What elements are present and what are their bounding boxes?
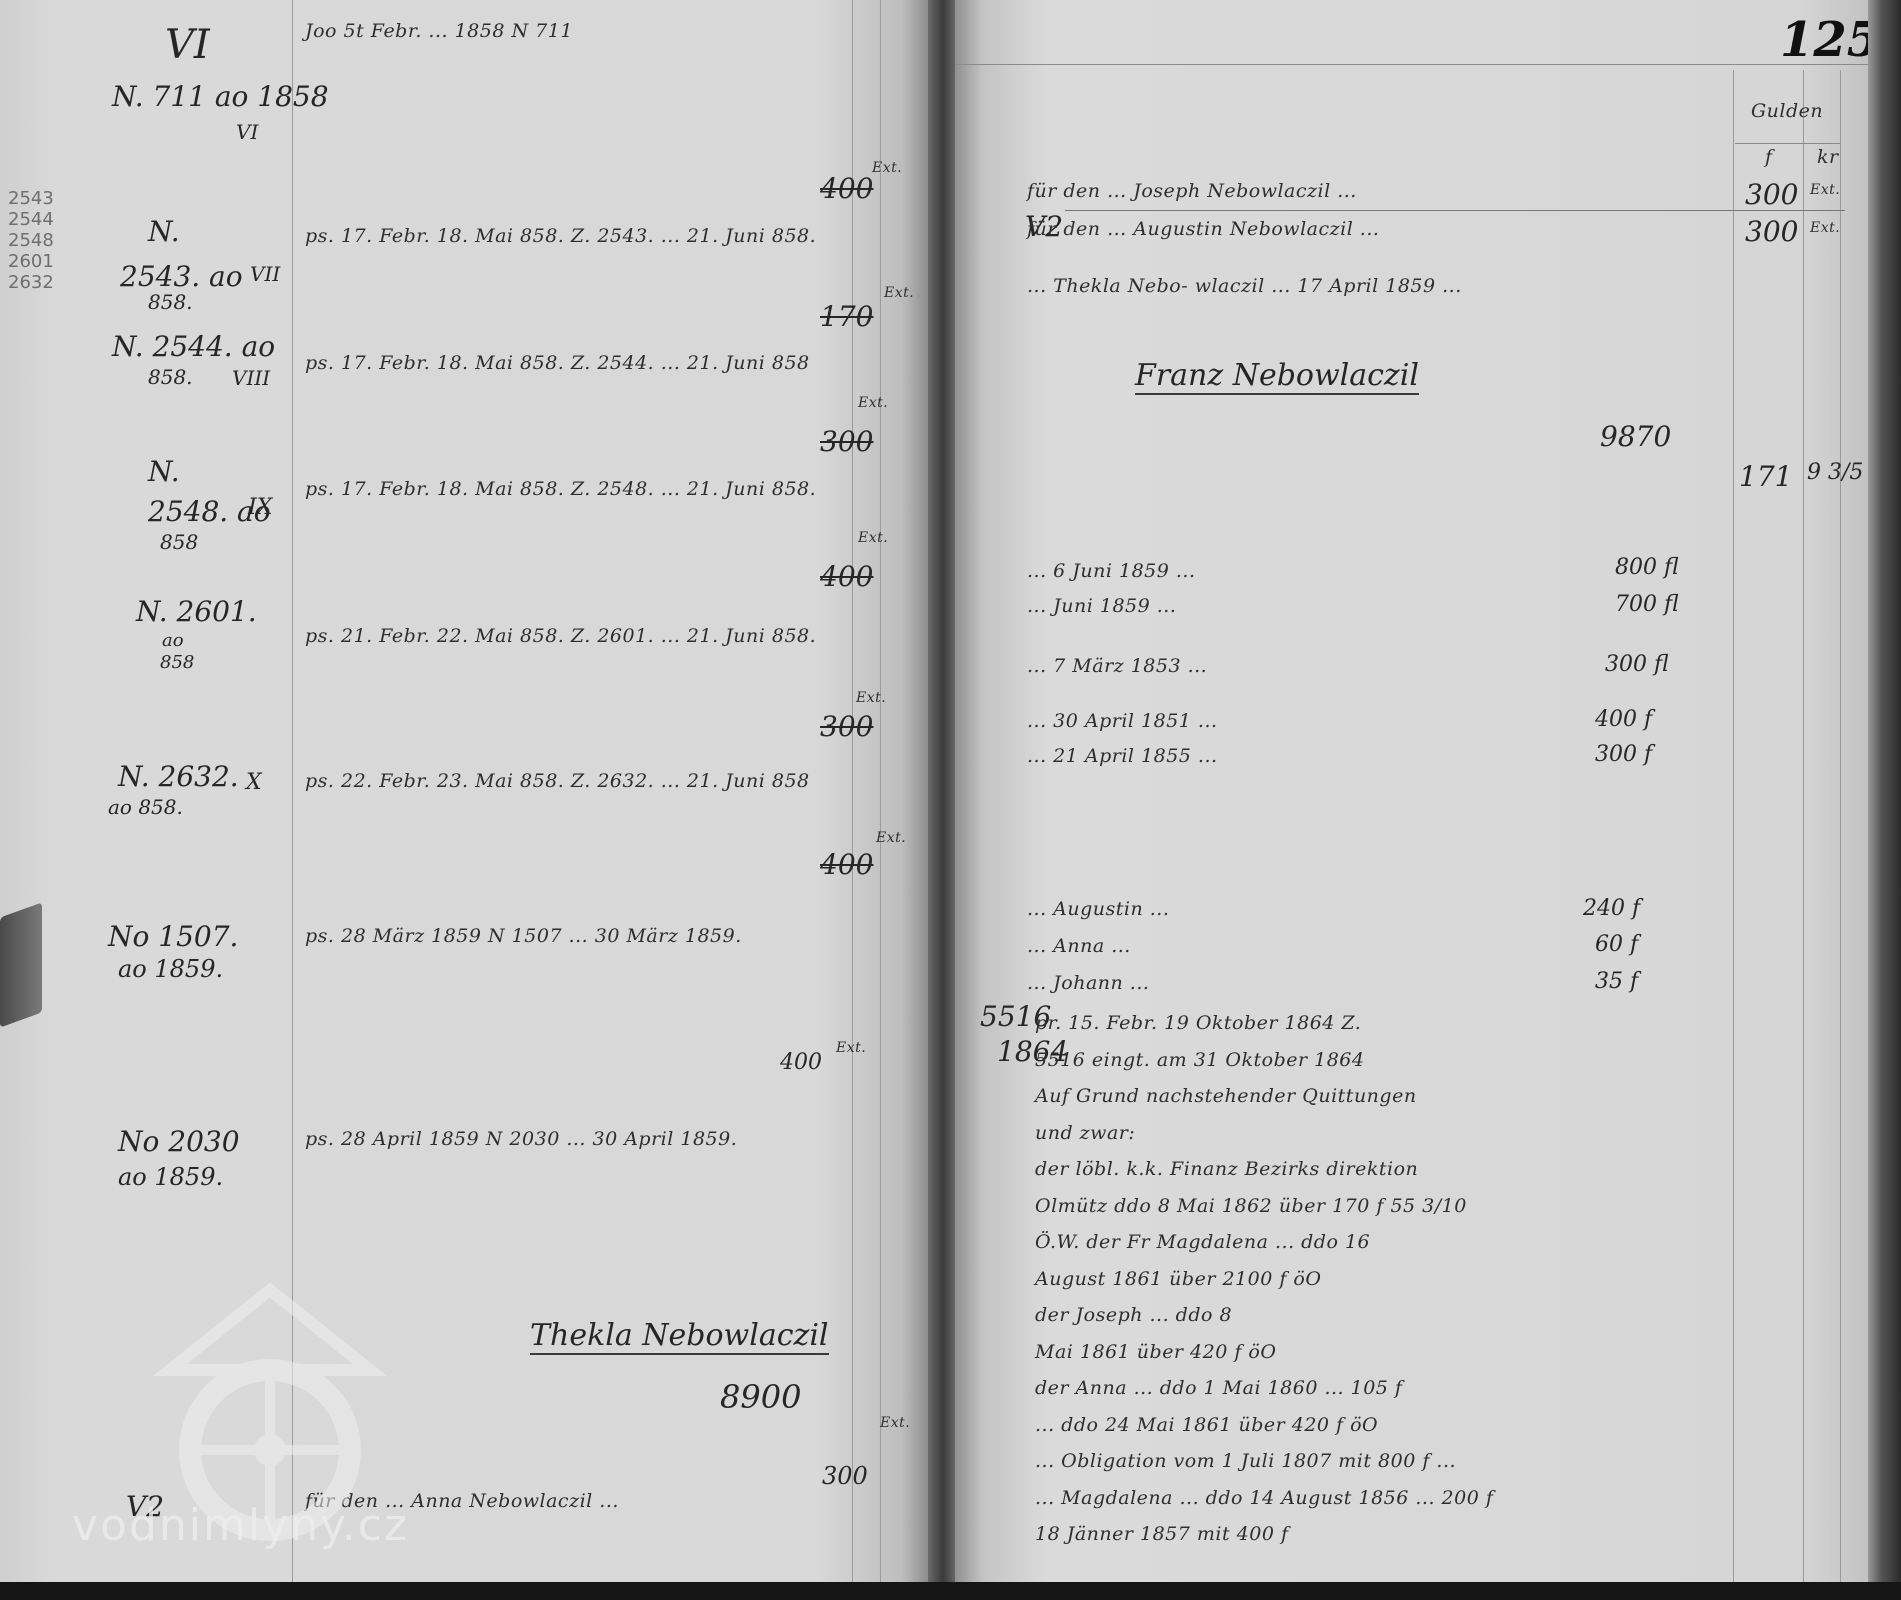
entry-line: ... Obligation vom 1 Juli 1807 mit 800 f…	[1035, 1443, 1493, 1480]
entry-roman: X	[246, 770, 262, 795]
entry-text: ... 30 April 1851 ...	[1027, 710, 1218, 732]
pencil-number: 2548	[8, 230, 54, 251]
note-column-rule	[1840, 70, 1841, 1600]
left-page: VI 2543 2544 2548 2601 2632 N. 711 ao 18…	[0, 0, 930, 1600]
entry-line: der löbl. k.k. Finanz Bezirks direktion	[1035, 1151, 1493, 1188]
entry-amount: 8900	[720, 1378, 801, 1416]
entry-text: ... Johann ...	[1027, 972, 1149, 994]
entry-name: Thekla Nebowlaczil	[530, 1318, 829, 1355]
entry-text: für den ... Augustin Nebowlaczil ...	[1027, 218, 1379, 240]
entry-year: ao 1859.	[118, 1163, 223, 1191]
pencil-number: 2632	[8, 272, 54, 293]
entry-amount: 400	[780, 1050, 822, 1075]
entry-amount: 400 f	[1595, 707, 1652, 732]
entry-text: ... Thekla Nebo- wlaczil ... 17 April 18…	[1027, 275, 1462, 297]
entry-amount: 35 f	[1595, 969, 1638, 994]
entry-year: 858	[160, 652, 194, 673]
entry-note: Ext.	[880, 1415, 910, 1431]
scan-bottom-border	[0, 1582, 1901, 1600]
amount-column-rule	[1733, 70, 1734, 1600]
entry-line: Auf Grund nachstehender Quittungen	[1035, 1078, 1493, 1115]
entry-line: der Joseph ... ddo 8	[1035, 1297, 1493, 1334]
entry-note: Ext.	[876, 830, 906, 846]
entry-amount: 240 f	[1583, 896, 1640, 921]
entry-note: Ext.	[1810, 182, 1840, 198]
entry-line: Olmütz ddo 8 Mai 1862 über 170 f 55 3/10	[1035, 1188, 1493, 1225]
pencil-number: 2544	[8, 209, 54, 230]
entry-line: pr. 15. Febr. 19 Oktober 1864 Z.	[1035, 1005, 1493, 1042]
entry-text: ... Juni 1859 ...	[1027, 595, 1176, 617]
kr-column-rule	[1803, 70, 1804, 1600]
entry-year: ao 858.	[108, 795, 183, 819]
entry-line: 18 Jänner 1857 mit 400 f	[1035, 1516, 1493, 1553]
entry-line: 5516 eingt. am 31 Oktober 1864	[1035, 1042, 1493, 1079]
watermark-text: vodnimlyny.cz	[72, 1500, 409, 1551]
column-header: Gulden	[1751, 100, 1823, 122]
entry-amount: 9870	[1600, 420, 1671, 453]
entry-amount: 400	[820, 560, 873, 593]
amount-column-rule	[852, 0, 853, 1600]
entry-year: 858.	[148, 365, 193, 389]
note-column-rule	[880, 0, 881, 1600]
pencil-number: 2601	[8, 251, 54, 272]
entry-reference: No 1507.	[108, 920, 238, 953]
right-page: 125. Gulden f kr V2 für den ... Joseph N…	[955, 0, 1870, 1600]
entry-note: Ext.	[836, 1040, 866, 1056]
page-number: 125.	[1780, 12, 1870, 68]
entry-amount: 300	[820, 425, 873, 458]
section-marker: VI	[165, 22, 210, 68]
entry-text: ... Anna ...	[1027, 935, 1131, 957]
entry-amount: 170	[820, 300, 873, 333]
entry-reference-prefix: N.	[148, 215, 180, 248]
entry-note: Ext.	[884, 285, 914, 301]
pencil-number: 2543	[8, 188, 54, 209]
entry-amount: 300	[1745, 215, 1798, 248]
entry-line: August 1861 über 2100 f öO	[1035, 1261, 1493, 1298]
entry-line: Ö.W. der Fr Magdalena ... ddo 16	[1035, 1224, 1493, 1261]
entry-amount: 60 f	[1595, 932, 1638, 957]
entry-reference-prefix: N.	[148, 455, 180, 488]
entry-reference: N. 2544. ao	[112, 330, 275, 363]
entry-roman: VI	[236, 120, 258, 144]
entry-roman: VII	[250, 262, 280, 286]
entry-note: Ext.	[856, 690, 886, 706]
entry-amount: 400	[820, 172, 873, 205]
entry-line: der Anna ... ddo 1 Mai 1860 ... 105 f	[1035, 1370, 1493, 1407]
entry-text: ps. 17. Febr. 18. Mai 858. Z. 2548. ... …	[305, 478, 816, 500]
entry-reference-suffix: ao	[162, 630, 184, 651]
entry-note: Ext.	[1810, 220, 1840, 236]
entry-text: ... 21 April 1855 ...	[1027, 745, 1218, 767]
entry-text: ... 7 März 1853 ...	[1027, 655, 1207, 677]
column-header-rule	[1735, 143, 1840, 144]
entry-amount: 300	[820, 710, 873, 743]
book-gutter	[928, 0, 958, 1600]
entry-note: Ext.	[858, 395, 888, 411]
underline	[1065, 210, 1845, 211]
entry-amount: 400	[820, 848, 873, 881]
column-unit-f: f	[1765, 146, 1773, 168]
entry-amount: 300	[1745, 178, 1798, 211]
entry-year: 858	[160, 530, 198, 554]
entry-text: ps. 22. Febr. 23. Mai 858. Z. 2632. ... …	[305, 770, 810, 792]
entry-1864-lines: pr. 15. Febr. 19 Oktober 1864 Z. 5516 ei…	[1035, 1005, 1493, 1553]
entry-line: und zwar:	[1035, 1115, 1493, 1152]
entry-amount: 800 fl	[1615, 555, 1679, 580]
header-rule	[955, 64, 1870, 65]
entry-text: ps. 28 April 1859 N 2030 ... 30 April 18…	[305, 1128, 737, 1150]
entry-roman: IX	[248, 495, 272, 520]
pencil-margin-numbers: 2543 2544 2548 2601 2632	[8, 188, 54, 293]
entry-text: Joo 5t Febr. ... 1858 N 711	[305, 20, 573, 42]
bookmark-tab	[0, 902, 42, 1027]
entry-reference: N. 2632.	[118, 760, 239, 793]
entry-reference: N. 2601.	[136, 595, 257, 628]
entry-amount: 300 f	[1595, 742, 1652, 767]
entry-year: ao 1859.	[118, 955, 223, 983]
ledger-spread: VI 2543 2544 2548 2601 2632 N. 711 ao 18…	[0, 0, 1901, 1600]
entry-text: für den ... Joseph Nebowlaczil ...	[1027, 180, 1357, 202]
entry-text: ... 6 Juni 1859 ...	[1027, 560, 1196, 582]
entry-text: ps. 21. Febr. 22. Mai 858. Z. 2601. ... …	[305, 625, 816, 647]
entry-year: 858.	[148, 290, 193, 314]
entry-line: Mai 1861 über 420 f öO	[1035, 1334, 1493, 1371]
entry-text: ps. 17. Febr. 18. Mai 858. Z. 2543. ... …	[305, 225, 816, 247]
entry-line: ... Magdalena ... ddo 14 August 1856 ...…	[1035, 1480, 1493, 1517]
entry-text: ps. 28 März 1859 N 1507 ... 30 März 1859…	[305, 925, 742, 947]
entry-sub-kr: 9 3/5	[1807, 460, 1863, 485]
entry-name: Franz Nebowlaczil	[1135, 358, 1419, 395]
entry-text: ... Augustin ...	[1027, 898, 1169, 920]
column-unit-kr: kr	[1817, 146, 1839, 168]
entry-amount: 700 fl	[1615, 592, 1679, 617]
entry-amount: 300 fl	[1605, 652, 1669, 677]
entry-text: ps. 17. Febr. 18. Mai 858. Z. 2544. ... …	[305, 352, 810, 374]
entry-amount: 300	[822, 1462, 868, 1490]
entry-sub-amount: 171	[1739, 460, 1792, 493]
entry-note: Ext.	[872, 160, 902, 176]
entry-reference: 2543. ao	[120, 260, 243, 293]
entry-note: Ext.	[858, 530, 888, 546]
entry-roman: VIII	[232, 366, 270, 390]
book-edge	[1868, 0, 1901, 1600]
entry-line: ... ddo 24 Mai 1861 über 420 f öO	[1035, 1407, 1493, 1444]
entry-reference: No 2030	[118, 1125, 240, 1158]
entry-reference: N. 711 ao 1858	[112, 80, 329, 113]
